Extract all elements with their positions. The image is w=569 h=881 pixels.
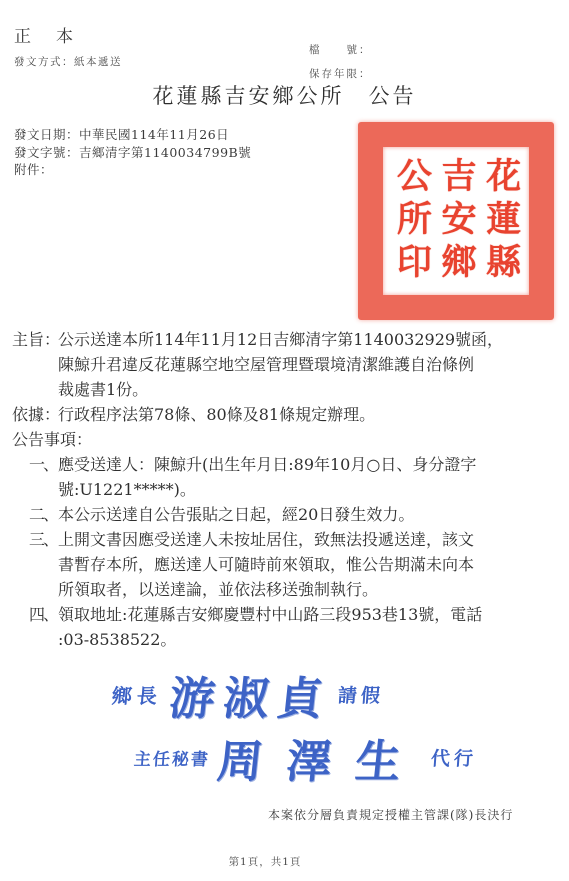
mayor-title: 鄉長 [111, 680, 163, 709]
basis-paragraph: 依據： 行政程序法第78條、80條及81條規定辦理。 [12, 402, 564, 427]
item-3: 三、 上開文書因應受送達人未按址居住，致無法投遞送達，該文 書暫存本所，應送達人… [29, 527, 564, 602]
mayor-signature-line: 鄉長 游淑貞 請假 [100, 662, 520, 727]
document-number: 發文字號：吉鄉清字第1140034799B號 [14, 144, 251, 162]
secretary-title: 主任秘書 [133, 745, 211, 770]
basis-text: 行政程序法第78條、80條及81條規定辦理。 [58, 402, 564, 427]
seal-column-2: 吉安鄉 [434, 157, 478, 286]
announcement-items-heading: 公告事項： [12, 427, 564, 452]
subject-paragraph: 主旨： 公示送達本所114年11月12日吉鄉清字第1140032929號函， 陳… [12, 327, 564, 402]
item-1: 一、 應受送達人：陳鯨升(出生年月日:89年10月○日、身分證字 號:U1221… [29, 452, 564, 502]
secretary-name-stamp: 周澤生 [215, 725, 429, 790]
item-4-line: :03-8538522。 [58, 627, 564, 652]
seal-column-3: 公所印 [389, 157, 433, 286]
subject-label: 主旨： [12, 327, 58, 402]
document-title: 花蓮縣吉安鄉公所 公告 [0, 80, 569, 110]
item-3-line: 上開文書因應受送達人未按址居住，致無法投遞送達，該文 [58, 527, 564, 552]
item-1-line: 應受送達人：陳鯨升(出生年月日:89年10月○日、身分證字 [58, 452, 564, 477]
subject-line: 陳鯨升君違反花蓮縣空地空屋管理暨環境清潔維護自治條例 [58, 352, 564, 377]
subject-line: 公示送達本所114年11月12日吉鄉清字第1140032929號函， [58, 327, 564, 352]
delivery-method-label: 發文方式：紙本遞送 [14, 54, 122, 69]
basis-label: 依據： [12, 402, 58, 427]
item-4: 四、 領取地址:花蓮縣吉安鄉慶豐村中山路三段953巷13號，電話 :03-853… [29, 602, 564, 652]
item-2-line: 本公示送達自公告張貼之日起，經20日發生效力。 [58, 502, 564, 527]
item-1-number: 一、 [29, 452, 58, 502]
item-4-line: 領取地址:花蓮縣吉安鄉慶豐村中山路三段953巷13號，電話 [58, 602, 564, 627]
signature-block: 鄉長 游淑貞 請假 主任秘書 周澤生 代行 [100, 662, 520, 790]
issue-date: 發文日期：中華民國114年11月26日 [14, 126, 251, 144]
document-meta: 發文日期：中華民國114年11月26日 發文字號：吉鄉清字第1140034799… [14, 126, 251, 179]
official-announcement-document: 正 本 發文方式：紙本遞送 檔 號： 保存年限： 花蓮縣吉安鄉公所 公告 發文日… [0, 0, 569, 881]
item-4-number: 四、 [29, 602, 58, 652]
file-number-label: 檔 號： [309, 38, 372, 62]
item-1-line: 號:U1221*****)。 [58, 477, 564, 502]
item-3-number: 三、 [29, 527, 58, 602]
copy-type-label: 正 本 [14, 22, 77, 47]
announcement-body: 主旨： 公示送達本所114年11月12日吉鄉清字第1140032929號函， 陳… [12, 327, 564, 652]
mayor-name-stamp: 游淑貞 [167, 662, 336, 727]
item-2: 二、 本公示送達自公告張貼之日起，經20日發生效力。 [29, 502, 564, 527]
item-2-number: 二、 [29, 502, 58, 527]
subject-line: 裁處書1份。 [58, 377, 564, 402]
official-red-seal: 花蓮縣 吉安鄉 公所印 [358, 122, 554, 320]
mayor-status: 請假 [337, 681, 385, 708]
file-reference-block: 檔 號： 保存年限： [309, 38, 372, 86]
attachment-label: 附件： [14, 161, 251, 179]
authorization-note: 本案依分層負責規定授權主管課(隊)長決行 [268, 806, 513, 823]
secretary-signature-line: 主任秘書 周澤生 代行 [100, 725, 520, 790]
page-number: 第1頁，共1頁 [0, 854, 530, 869]
item-3-line: 書暫存本所，應送達人可隨時前來領取，惟公告期滿未向本 [58, 552, 564, 577]
seal-column-1: 花蓮縣 [479, 157, 523, 286]
item-3-line: 所領取者，以送達論，並依法移送強制執行。 [58, 577, 564, 602]
secretary-status: 代行 [430, 744, 478, 771]
